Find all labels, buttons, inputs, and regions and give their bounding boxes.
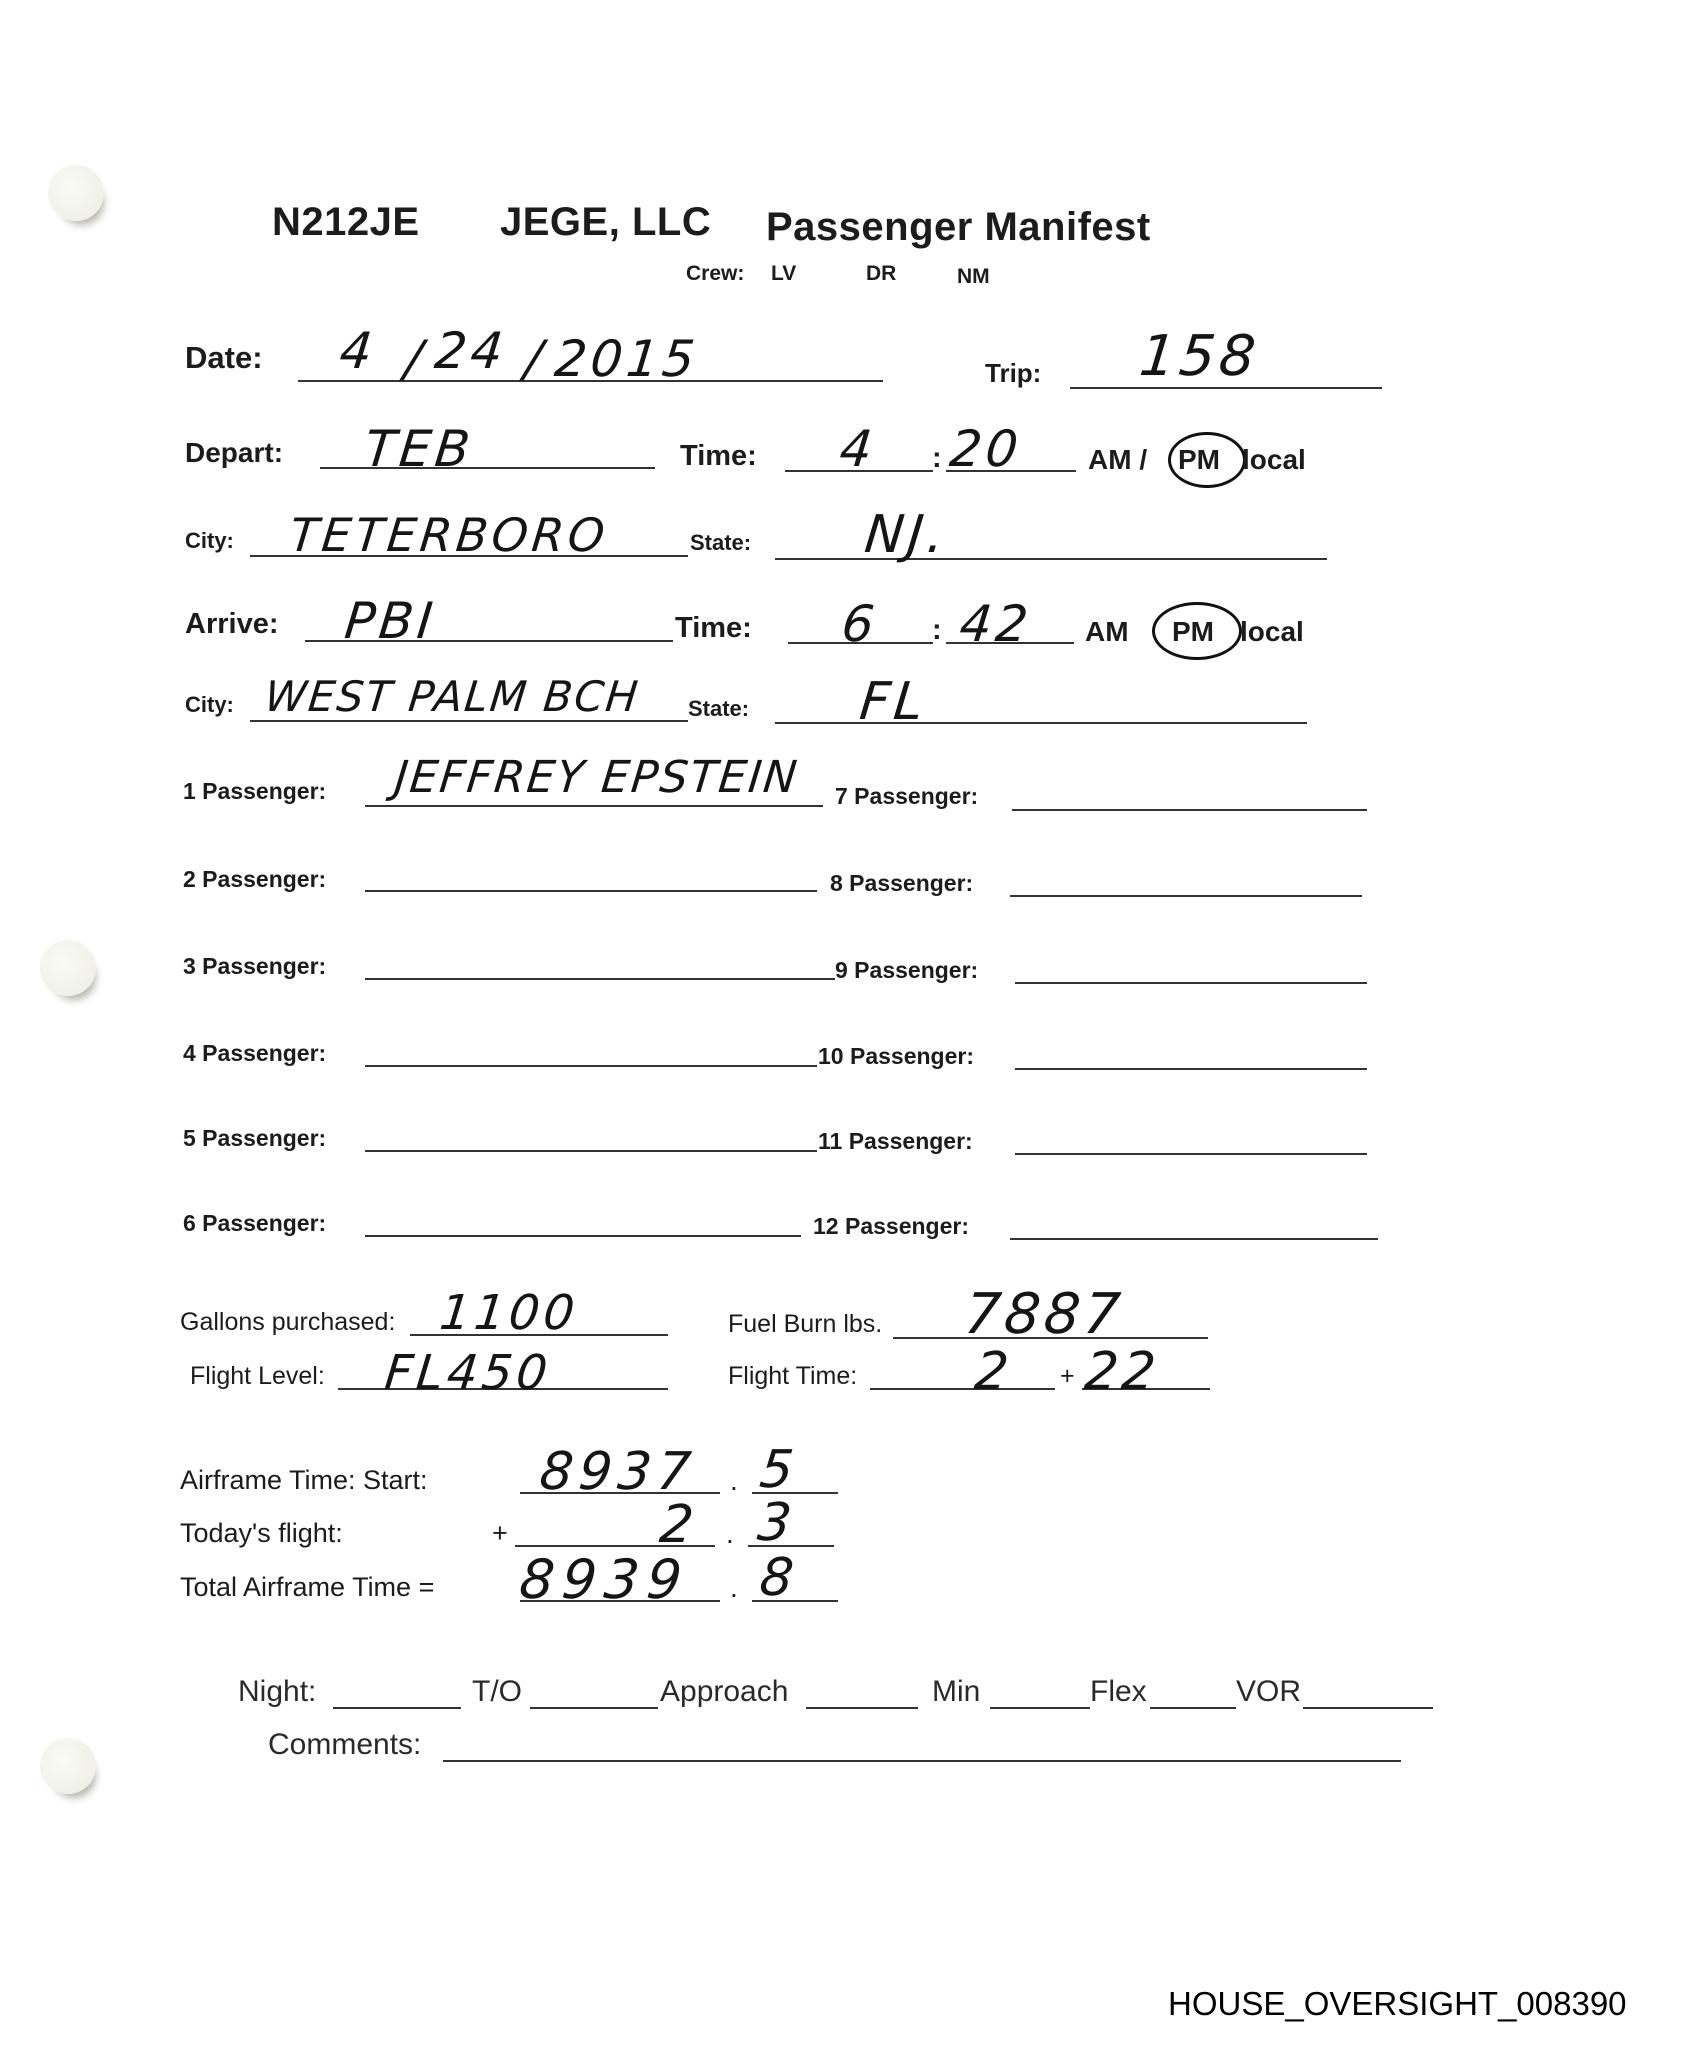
night-label: Night: bbox=[238, 1675, 316, 1709]
flight-level-label: Flight Level: bbox=[190, 1362, 325, 1391]
depart-city-label: City: bbox=[185, 528, 234, 554]
company-name: JEGE, LLC bbox=[500, 200, 711, 245]
passenger-2-line[interactable] bbox=[365, 890, 817, 892]
passenger-11-label: 11 Passenger: bbox=[818, 1128, 973, 1155]
passenger-1-value: JEFFREY EPSTEIN bbox=[392, 752, 801, 803]
todays-flight-plus: + bbox=[492, 1518, 508, 1549]
arrive-label: Arrive: bbox=[185, 608, 279, 641]
passenger-7-label: 7 Passenger: bbox=[835, 783, 978, 810]
todays-flight-tenth-value: 3 bbox=[755, 1493, 798, 1553]
crew-member-2: DR bbox=[866, 262, 896, 286]
comments-label: Comments: bbox=[268, 1728, 421, 1762]
flex-label: Flex bbox=[1090, 1675, 1147, 1709]
passenger-1-line[interactable] bbox=[365, 805, 823, 807]
arrive-am-option[interactable]: AM bbox=[1085, 616, 1129, 648]
total-airframe-tenth-value: 8 bbox=[757, 1548, 800, 1608]
arrive-state-value: FL bbox=[857, 672, 930, 732]
depart-airport-value: TEB bbox=[362, 420, 477, 478]
arrive-minute-value: 42 bbox=[957, 595, 1035, 653]
airframe-start-whole-value: 8937 bbox=[537, 1442, 700, 1502]
depart-am-option[interactable]: AM / bbox=[1088, 444, 1147, 476]
passenger-2-label: 2 Passenger: bbox=[183, 866, 326, 893]
depart-pm-selected-circle bbox=[1168, 432, 1246, 488]
total-airframe-whole-value: 8939 bbox=[517, 1548, 693, 1611]
airframe-start-label: Airframe Time: Start: bbox=[180, 1465, 428, 1496]
passenger-6-label: 6 Passenger: bbox=[183, 1210, 326, 1237]
date-day-value: 24 bbox=[432, 322, 510, 380]
night-line[interactable] bbox=[333, 1707, 461, 1709]
arrive-city-value: WEST PALM BCH bbox=[262, 672, 642, 721]
vor-line[interactable] bbox=[1303, 1707, 1433, 1709]
airframe-decimal-point: . bbox=[726, 1518, 734, 1550]
crew-member-1: LV bbox=[771, 262, 796, 286]
depart-local-label: local bbox=[1242, 444, 1306, 476]
flight-time-label: Flight Time: bbox=[728, 1362, 857, 1391]
airframe-decimal-point: . bbox=[730, 1572, 738, 1604]
depart-city-value: TETERBORO bbox=[287, 508, 611, 562]
tail-number: N212JE bbox=[272, 200, 420, 245]
form-title: Passenger Manifest bbox=[766, 205, 1151, 250]
vor-label: VOR bbox=[1236, 1675, 1301, 1709]
arrive-state-line[interactable] bbox=[775, 722, 1307, 724]
passenger-4-label: 4 Passenger: bbox=[183, 1040, 326, 1067]
flight-time-hours-line[interactable] bbox=[870, 1388, 1055, 1390]
passenger-8-label: 8 Passenger: bbox=[830, 870, 973, 897]
gallons-purchased-value: 1100 bbox=[437, 1285, 581, 1341]
time-colon: : bbox=[932, 614, 942, 647]
min-label: Min bbox=[932, 1675, 980, 1709]
passenger-4-line[interactable] bbox=[365, 1065, 817, 1067]
passenger-6-line[interactable] bbox=[365, 1235, 801, 1237]
date-month-value: 4 bbox=[337, 322, 379, 380]
crew-member-3: NM bbox=[957, 265, 990, 289]
takeoff-line[interactable] bbox=[530, 1707, 658, 1709]
approach-line[interactable] bbox=[806, 1707, 918, 1709]
passenger-12-line[interactable] bbox=[1010, 1238, 1378, 1240]
passenger-5-label: 5 Passenger: bbox=[183, 1125, 326, 1152]
passenger-3-label: 3 Passenger: bbox=[183, 953, 326, 980]
date-year-value: 2015 bbox=[552, 330, 701, 388]
depart-label: Depart: bbox=[185, 437, 283, 469]
depart-state-value: NJ. bbox=[862, 505, 951, 565]
passenger-9-line[interactable] bbox=[1015, 982, 1367, 984]
binder-hole-top bbox=[48, 165, 104, 221]
approach-label: Approach bbox=[660, 1675, 788, 1709]
passenger-3-line[interactable] bbox=[365, 978, 835, 980]
arrive-city-label: City: bbox=[185, 692, 234, 718]
bates-number: HOUSE_OVERSIGHT_008390 bbox=[1168, 1985, 1627, 2023]
flex-line[interactable] bbox=[1150, 1707, 1236, 1709]
trip-label: Trip: bbox=[985, 358, 1041, 389]
passenger-8-line[interactable] bbox=[1010, 895, 1362, 897]
arrive-local-label: local bbox=[1240, 616, 1304, 648]
flight-time-separator: + bbox=[1060, 1362, 1075, 1391]
airframe-start-tenth-value: 5 bbox=[757, 1440, 800, 1500]
date-label: Date: bbox=[185, 340, 263, 376]
passenger-12-label: 12 Passenger: bbox=[813, 1213, 969, 1240]
crew-label: Crew: bbox=[686, 262, 744, 286]
passenger-10-label: 10 Passenger: bbox=[818, 1043, 974, 1070]
arrive-hour-value: 6 bbox=[839, 595, 881, 653]
flight-time-minutes-value: 22 bbox=[1082, 1342, 1162, 1402]
flight-level-value: FL450 bbox=[382, 1345, 554, 1401]
passenger-1-label: 1 Passenger: bbox=[183, 778, 326, 805]
arrive-time-label: Time: bbox=[675, 612, 752, 645]
airframe-decimal-point: . bbox=[730, 1465, 738, 1497]
depart-hour-value: 4 bbox=[837, 420, 879, 478]
passenger-5-line[interactable] bbox=[365, 1150, 817, 1152]
time-colon: : bbox=[932, 442, 942, 475]
depart-time-label: Time: bbox=[680, 440, 757, 473]
passenger-10-line[interactable] bbox=[1015, 1068, 1367, 1070]
fuel-burn-value: 7887 bbox=[962, 1282, 1127, 1347]
passenger-11-line[interactable] bbox=[1015, 1153, 1367, 1155]
arrive-state-label: State: bbox=[688, 696, 749, 722]
min-line[interactable] bbox=[990, 1707, 1090, 1709]
trip-number-value: 158 bbox=[1137, 324, 1263, 389]
takeoff-label: T/O bbox=[472, 1675, 522, 1709]
flight-time-hours-value: 2 bbox=[972, 1342, 1015, 1402]
arrive-airport-value: PBI bbox=[342, 592, 439, 650]
binder-hole-middle bbox=[40, 940, 96, 996]
fuel-burn-label: Fuel Burn lbs. bbox=[728, 1310, 882, 1339]
binder-hole-bottom bbox=[40, 1738, 96, 1794]
gallons-purchased-label: Gallons purchased: bbox=[180, 1308, 395, 1337]
passenger-7-line[interactable] bbox=[1012, 809, 1367, 811]
depart-state-label: State: bbox=[690, 530, 751, 556]
depart-minute-value: 20 bbox=[947, 420, 1025, 478]
comments-line[interactable] bbox=[443, 1760, 1401, 1762]
total-airframe-label: Total Airframe Time = bbox=[180, 1572, 434, 1603]
depart-state-line[interactable] bbox=[775, 558, 1327, 560]
todays-flight-whole-value: 2 bbox=[657, 1495, 700, 1555]
todays-flight-label: Today's flight: bbox=[180, 1518, 343, 1549]
arrive-pm-selected-circle bbox=[1152, 602, 1242, 660]
passenger-9-label: 9 Passenger: bbox=[835, 957, 978, 984]
